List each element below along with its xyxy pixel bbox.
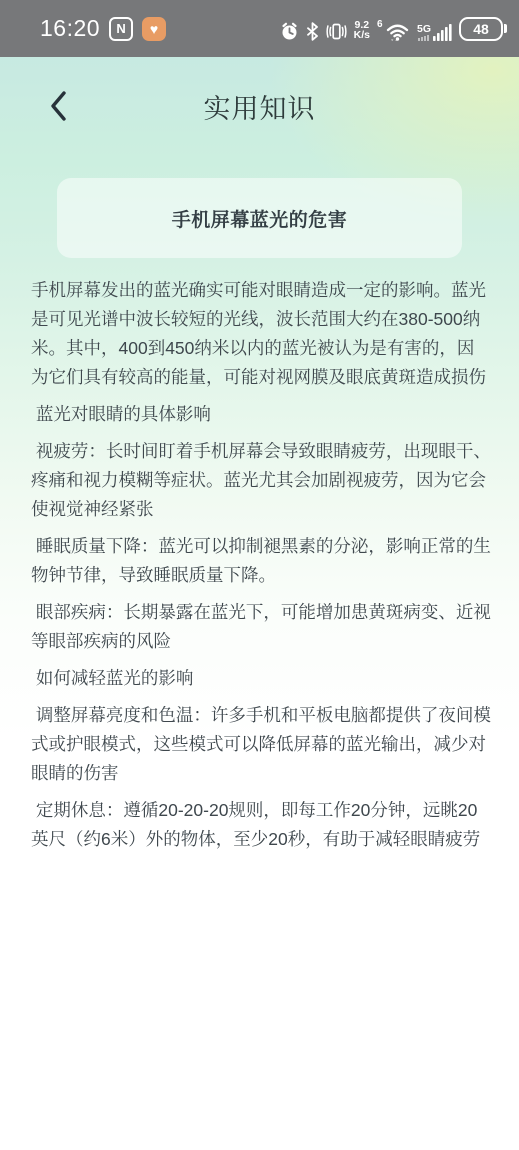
- status-bar-left: 16:20 N ♥: [40, 15, 166, 42]
- page-header: 实用知识: [0, 57, 519, 155]
- wifi-generation-label: 6: [377, 19, 383, 30]
- nfc-icon: N: [109, 17, 133, 41]
- battery-icon: 48: [459, 17, 507, 41]
- health-app-icon: ♥: [142, 17, 166, 41]
- vibrate-icon: [326, 22, 347, 41]
- bluetooth-icon: [306, 22, 319, 41]
- chevron-left-icon: [50, 91, 67, 124]
- cellular-generation-label: 5G: [417, 25, 431, 34]
- phone-screen: 16:20 N ♥: [0, 0, 519, 1150]
- status-bar: 16:20 N ♥: [0, 0, 519, 57]
- back-button[interactable]: [42, 89, 74, 125]
- alarm-icon: [280, 22, 299, 41]
- topic-card: 手机屏幕蓝光的危害: [57, 178, 462, 258]
- article-paragraph: 手机屏幕发出的蓝光确实可能对眼睛造成一定的影响。蓝光是可见光谱中波长较短的光线，…: [31, 276, 491, 392]
- page-title: 实用知识: [204, 87, 316, 126]
- article-paragraph: 眼部疾病：长期暴露在蓝光下，可能增加患黄斑病变、近视等眼部疾病的风险: [31, 598, 491, 656]
- cellular-signal-icon: 5G: [417, 22, 452, 41]
- wifi-icon: 6: [377, 22, 410, 41]
- article-paragraph: 睡眠质量下降：蓝光可以抑制褪黑素的分泌，影响正常的生物钟节律，导致睡眠质量下降。: [31, 532, 491, 590]
- battery-percent: 48: [459, 17, 503, 41]
- status-bar-right: 9.2 K/s 6 5G: [280, 17, 507, 41]
- article-paragraph: 调整屏幕亮度和色温：许多手机和平板电脑都提供了夜间模式或护眼模式，这些模式可以降…: [31, 701, 491, 788]
- article-paragraph: 视疲劳：长时间盯着手机屏幕会导致眼睛疲劳，出现眼干、疼痛和视力模糊等症状。蓝光尤…: [31, 437, 491, 524]
- topic-card-title: 手机屏幕蓝光的危害: [172, 205, 348, 232]
- article-body: 手机屏幕发出的蓝光确实可能对眼睛造成一定的影响。蓝光是可见光谱中波长较短的光线，…: [31, 276, 491, 862]
- article-paragraph: 蓝光对眼睛的具体影响: [31, 400, 491, 429]
- clock-text: 16:20: [40, 15, 100, 42]
- article-paragraph: 定期休息：遵循20-20-20规则，即每工作20分钟，远眺20英尺（约6米）外的…: [31, 796, 491, 854]
- article-paragraph: 如何减轻蓝光的影响: [31, 664, 491, 693]
- network-speed-unit: K/s: [354, 30, 370, 41]
- network-speed-indicator: 9.2 K/s: [354, 20, 370, 41]
